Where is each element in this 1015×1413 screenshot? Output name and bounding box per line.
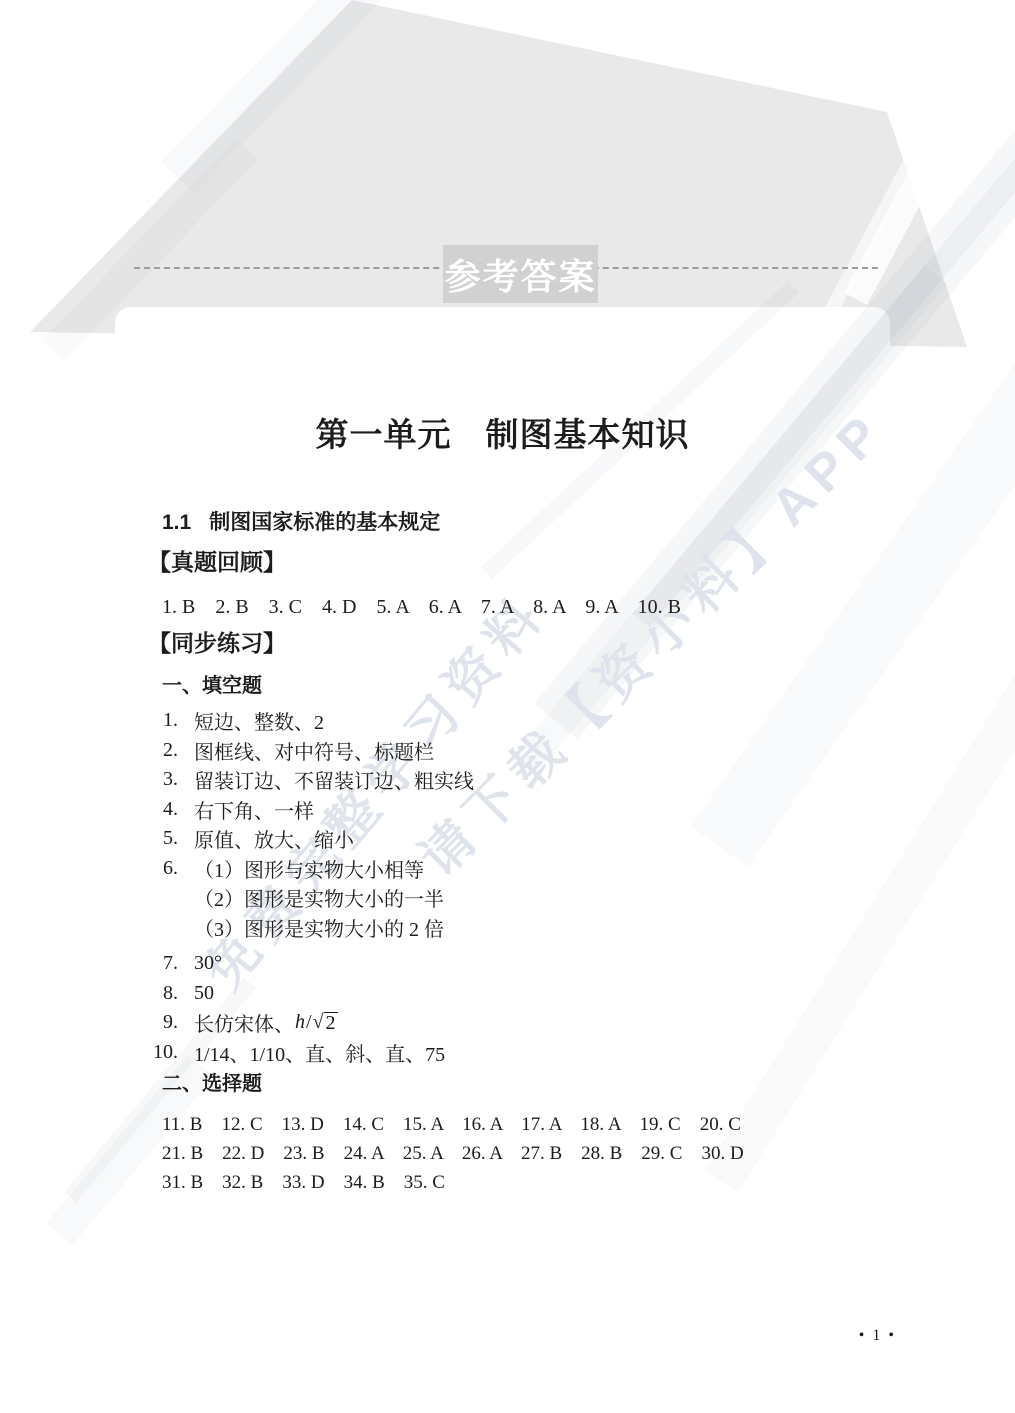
fill-item: 6.（1）图形与实物大小相等 xyxy=(148,854,474,884)
item-answer: 长仿宋体、 xyxy=(194,1008,294,1037)
unit-title: 第一单元 制图基本知识 xyxy=(115,413,890,457)
choice-answer-list: 11. B 12. C 13. D 14. C 15. A 16. A 17. … xyxy=(162,1110,744,1197)
item-number: 3. xyxy=(148,768,178,791)
item-answer: 1/14、1/10、直、斜、直、75 xyxy=(194,1038,445,1067)
sqrt-radicand: 2 xyxy=(324,1012,338,1033)
item-answer: 短边、整数、2 xyxy=(194,706,324,735)
item-number: 5. xyxy=(148,827,178,850)
fill-item-sub: （2）图形是实物大小的一半 xyxy=(148,883,474,913)
review-header: 【真题回顾】 xyxy=(148,547,286,577)
fill-item: 1.短边、整数、2 xyxy=(148,706,474,736)
item-number: 7. xyxy=(148,952,178,975)
item-number: 10. xyxy=(148,1041,178,1064)
math-variable: h xyxy=(295,1011,305,1034)
choice-answers-row: 31. B 32. B 33. D 34. B 35. C xyxy=(162,1168,744,1197)
fill-item: 2.图框线、对中符号、标题栏 xyxy=(148,736,474,766)
fill-item: 5.原值、放大、缩小 xyxy=(148,824,474,854)
item-answer: （1）图形与实物大小相等 xyxy=(194,854,424,883)
sqrt-symbol: √ xyxy=(313,1011,324,1034)
item-answer: 原值、放大、缩小 xyxy=(194,824,354,853)
page-number: • 1 • xyxy=(859,1327,896,1345)
practice-header: 【同步练习】 xyxy=(148,628,286,658)
item-number: 6. xyxy=(148,857,178,880)
item-answer: 右下角、一样 xyxy=(194,795,314,824)
item-answer: （2）图形是实物大小的一半 xyxy=(194,883,444,912)
fill-item: 3.留装订边、不留装订边、粗实线 xyxy=(148,765,474,795)
item-answer: 图框线、对中符号、标题栏 xyxy=(194,736,434,765)
section-title: 制图国家标准的基本规定 xyxy=(209,511,440,534)
answer-key-page: 免费完整学习资料 请下载【资小料】APP 参考答案 第一单元 制图基本知识 1.… xyxy=(0,0,1015,1413)
choice-header: 二、选择题 xyxy=(162,1071,262,1097)
choice-answers-row: 21. B 22. D 23. B 24. A 25. A 26. A 27. … xyxy=(162,1139,744,1168)
item-number: 1. xyxy=(148,709,178,732)
item-answer: （3）图形是实物大小的 2 倍 xyxy=(194,913,444,942)
streak-decoration xyxy=(906,0,1015,214)
choice-answers-row: 11. B 12. C 13. D 14. C 15. A 16. A 17. … xyxy=(162,1110,744,1139)
item-number: 2. xyxy=(148,739,178,762)
fill-item: 4.右下角、一样 xyxy=(148,795,474,825)
fill-item-sub: （3）图形是实物大小的 2 倍 xyxy=(148,913,474,943)
answers-banner: 参考答案 xyxy=(443,245,598,303)
fill-item: 8.50 xyxy=(148,979,474,1009)
fill-in-answer-list: 1.短边、整数、2 2.图框线、对中符号、标题栏 3.留装订边、不留装订边、粗实… xyxy=(148,706,474,1067)
review-answers-row: 1. B 2. B 3. C 4. D 5. A 6. A 7. A 8. A … xyxy=(162,594,681,620)
item-number: 8. xyxy=(148,982,178,1005)
item-answer: 30° xyxy=(194,952,222,975)
item-number: 4. xyxy=(148,798,178,821)
fill-item: 10.1/14、1/10、直、斜、直、75 xyxy=(148,1038,474,1068)
section-number: 1.1 xyxy=(162,511,191,534)
item-answer: 留装订边、不留装订边、粗实线 xyxy=(194,765,474,794)
fill-item: 7.30° xyxy=(148,949,474,979)
fill-item-math: 9.长仿宋体、h/√2 xyxy=(148,1008,474,1038)
item-answer: 50 xyxy=(194,982,214,1005)
answers-banner-label: 参考答案 xyxy=(444,249,596,300)
item-number: 9. xyxy=(148,1011,178,1034)
fill-in-header: 一、填空题 xyxy=(162,673,262,699)
math-slash: / xyxy=(306,1011,312,1034)
section-heading: 1.1制图国家标准的基本规定 xyxy=(162,510,440,536)
